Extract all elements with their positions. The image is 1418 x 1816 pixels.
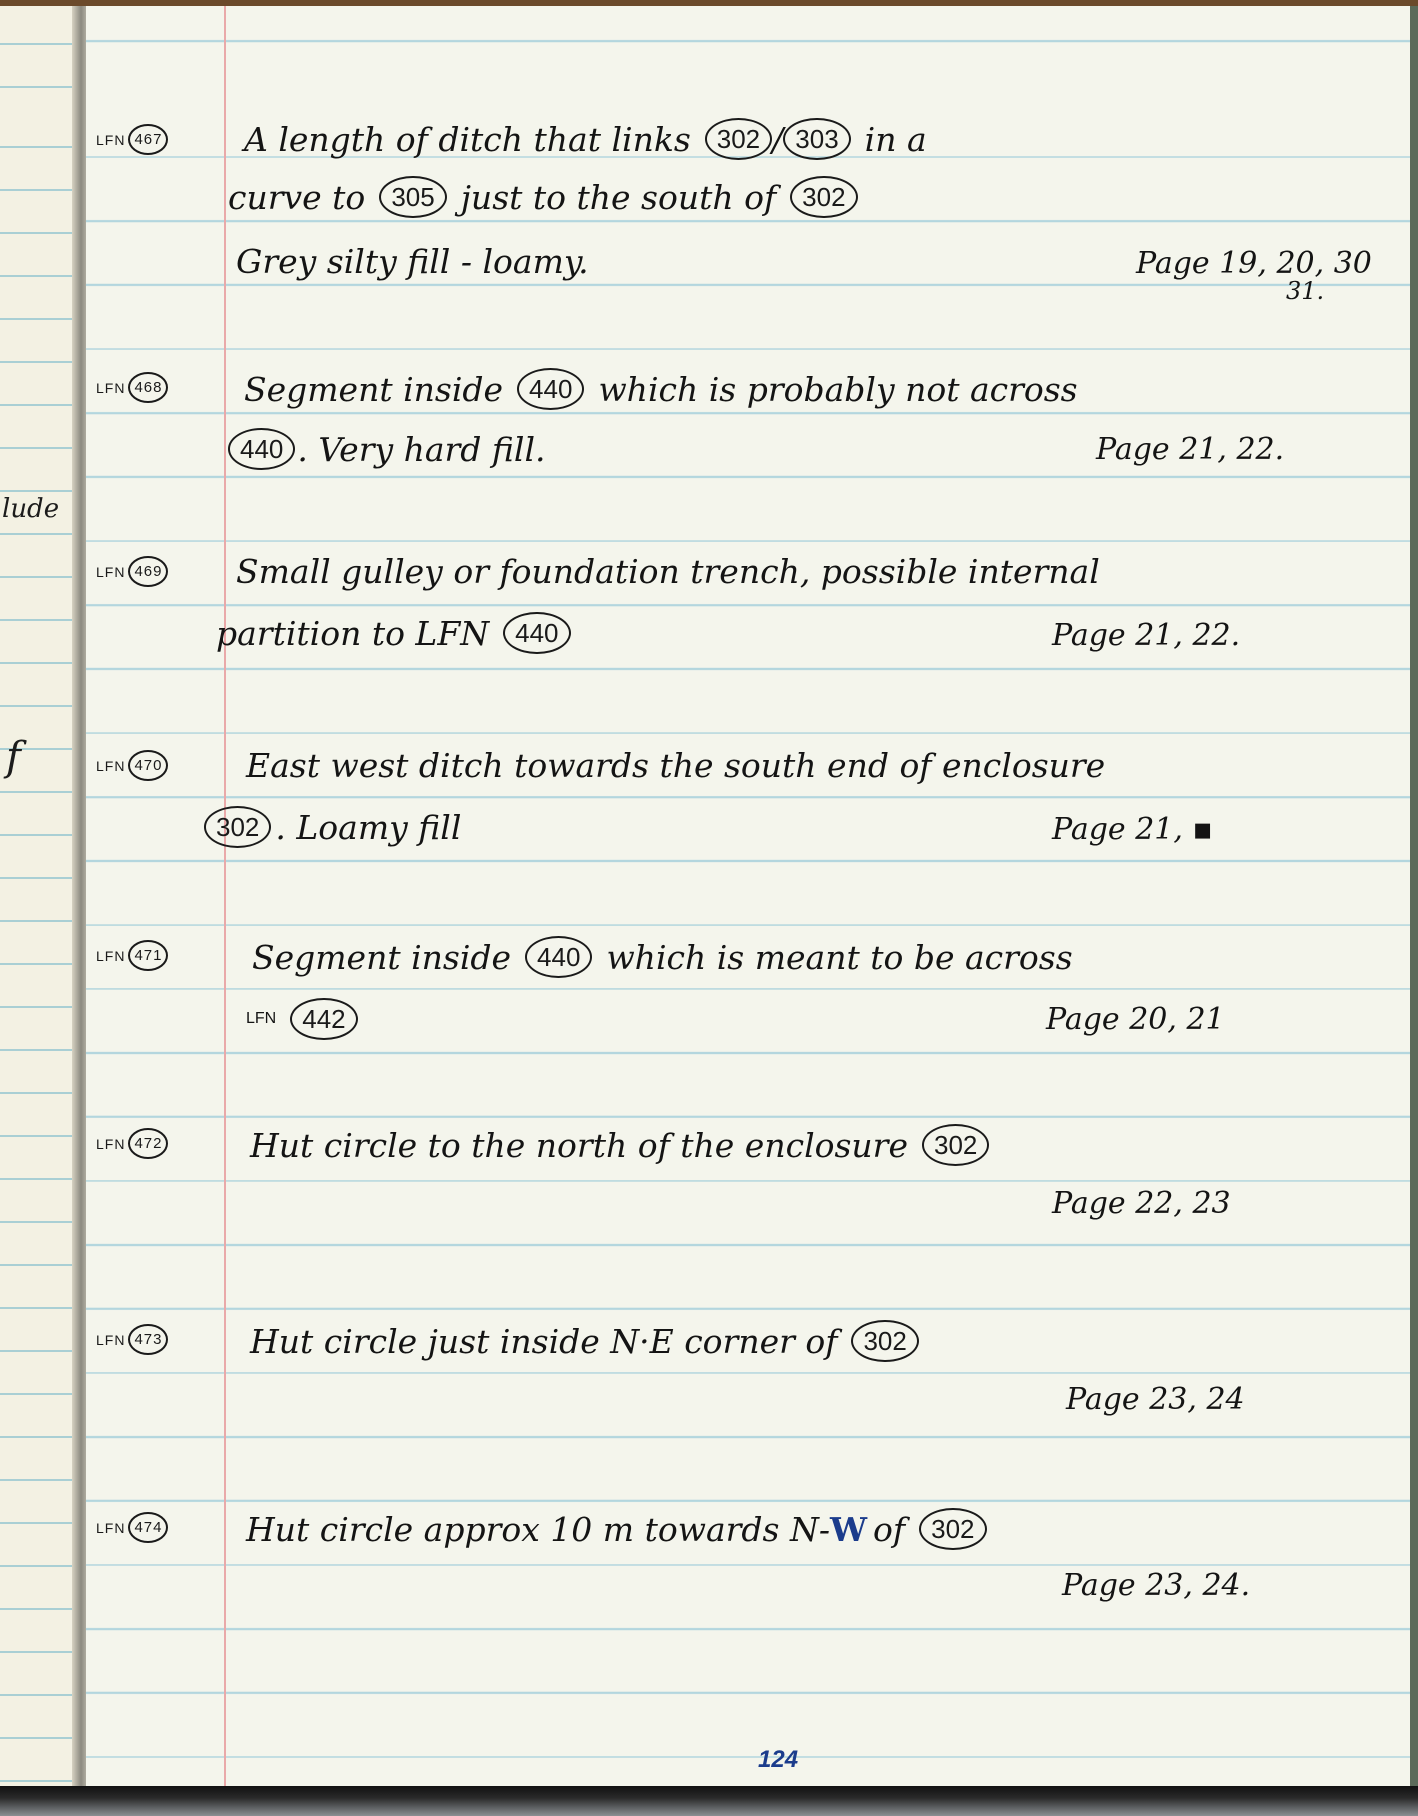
context-number-circled: 467 — [128, 124, 168, 155]
notebook-right-edge — [1410, 6, 1418, 1786]
text: Segment inside — [244, 370, 503, 409]
page-reference: Page 23, 24 — [1066, 1382, 1245, 1417]
lfn-prefix: LFN — [96, 380, 125, 396]
lfn-label: LFN 474 — [96, 1512, 168, 1543]
entry-text-line: curve to 305 just to the south of 302 — [228, 176, 858, 218]
lfn-prefix: LFN — [96, 948, 125, 964]
lfn-prefix: LFN — [96, 132, 125, 148]
page-reference: Page 21, 22. — [1052, 618, 1240, 653]
lfn-label: LFN 469 — [96, 556, 168, 587]
context-ref-circled: 302 — [919, 1508, 986, 1550]
text: just to the south of — [461, 178, 776, 217]
entry-text-line: Hut circle to the north of the enclosure… — [250, 1124, 989, 1166]
lfn-prefix: LFN — [96, 1136, 125, 1152]
page-reference: Page 20, 21 — [1046, 1002, 1225, 1037]
context-ref-circled: 302 — [204, 806, 271, 848]
text: which is probably not across — [598, 370, 1077, 409]
entry-text-line: 440 . Very hard fill. — [228, 428, 546, 470]
context-number-circled: 471 — [128, 940, 168, 971]
text: Segment inside — [252, 938, 511, 977]
page-reference-text: Page 21, ▪ — [1052, 812, 1213, 847]
context-ref-circled: 302 — [922, 1124, 989, 1166]
lfn-label: LFN 473 — [96, 1324, 168, 1355]
text: in a — [865, 120, 927, 159]
lfn-label: LFN 471 — [96, 940, 168, 971]
page-reference-text: Page 23, 24 — [1066, 1382, 1245, 1417]
page-reference-text: Page 22, 23 — [1052, 1186, 1231, 1221]
page-reference-text: Page 19, 20, 30 — [1136, 246, 1372, 281]
entry-text-line: Segment inside 440 which is probably not… — [244, 368, 1078, 410]
entry-text-line: Hut circle just inside N·E corner of 302 — [250, 1320, 919, 1362]
lfn-label: LFN 468 — [96, 372, 168, 403]
notebook-page: LFN 467 A length of ditch that links 302… — [86, 6, 1412, 1786]
context-ref-circled: 302 — [851, 1320, 918, 1362]
text: Hut circle just inside N·E corner of — [250, 1322, 837, 1361]
lfn-prefix: LFN — [96, 1520, 125, 1536]
text: of — [873, 1510, 905, 1549]
context-number-circled: 470 — [128, 750, 168, 781]
context-ref-circled: 302 — [790, 176, 857, 218]
context-ref-circled: 440 — [517, 368, 584, 410]
entry-text-line: Small gulley or foundation trench, possi… — [236, 552, 1100, 591]
text: A length of ditch that links — [244, 120, 691, 159]
page-reference-text: Page 20, 21 — [1046, 1002, 1225, 1037]
page-reference-continued: 31. — [1136, 277, 1372, 305]
entry-text-line: Hut circle approx 10 m towards N- W of 3… — [246, 1508, 987, 1550]
context-ref-circled: 440 — [228, 428, 295, 470]
left-page-fragment: f — [6, 734, 21, 780]
entry-text-line: Grey silty fill - loamy. — [236, 242, 589, 281]
text: Small gulley or foundation trench, possi… — [236, 552, 1100, 591]
lfn-label: LFN 470 — [96, 750, 168, 781]
context-number-circled: 468 — [128, 372, 168, 403]
text: partition to LFN — [216, 614, 489, 653]
page-reference-text: Page 21, 22. — [1096, 432, 1284, 467]
lfn-prefix: LFN — [96, 564, 125, 580]
entry-text-line: Segment inside 440 which is meant to be … — [252, 936, 1073, 978]
entry-text-line: LFN 442 — [246, 998, 358, 1040]
context-number-circled: 469 — [128, 556, 168, 587]
context-ref-circled: 440 — [503, 612, 570, 654]
context-number-circled: 474 — [128, 1512, 168, 1543]
lfn-prefix: LFN — [96, 758, 125, 774]
text: Hut circle approx 10 m towards N- — [246, 1510, 830, 1549]
entry-text-line: A length of ditch that links 302 / 303 i… — [244, 118, 927, 160]
text: / — [772, 120, 783, 159]
context-ref-circled: 305 — [379, 176, 446, 218]
context-ref-circled: 440 — [525, 936, 592, 978]
page-reference: Page 21, 22. — [1096, 432, 1284, 467]
text: . Very hard fill. — [297, 430, 545, 469]
text: which is meant to be across — [606, 938, 1072, 977]
page-reference: Page 22, 23 — [1052, 1186, 1231, 1221]
left-page-fragment: lude — [2, 494, 59, 524]
page-reference: Page 19, 20, 30 31. — [1136, 246, 1372, 305]
context-ref-circled: 302 — [705, 118, 772, 160]
margin-rule — [224, 6, 226, 1786]
text: LFN — [246, 1010, 276, 1028]
page-reference: Page 23, 24. — [1062, 1568, 1250, 1603]
page-reference-text: Page 21, 22. — [1052, 618, 1240, 653]
context-number-circled: 473 — [128, 1324, 168, 1355]
lfn-label: LFN 472 — [96, 1128, 168, 1159]
text: Hut circle to the north of the enclosure — [250, 1126, 908, 1165]
correction-blue-ink: W — [830, 1510, 867, 1549]
entry-text-line: partition to LFN 440 — [216, 612, 571, 654]
context-ref-circled: 442 — [290, 998, 357, 1040]
text: curve to — [228, 178, 365, 217]
context-ref-circled: 303 — [783, 118, 850, 160]
page-reference-text: Page 23, 24. — [1062, 1568, 1250, 1603]
page-number: 124 — [758, 1746, 798, 1774]
text: East west ditch towards the south end of… — [246, 746, 1105, 785]
entry-text-line: 302 . Loamy fill — [204, 806, 461, 848]
context-number-circled: 472 — [128, 1128, 168, 1159]
lfn-prefix: LFN — [96, 1332, 125, 1348]
text: Grey silty fill - loamy. — [236, 242, 589, 281]
notebook-bottom-shadow — [0, 1786, 1418, 1816]
lfn-label: LFN 467 — [96, 124, 168, 155]
text: . Loamy fill — [275, 808, 461, 847]
page-reference: Page 21, ▪ — [1052, 812, 1213, 847]
entry-text-line: East west ditch towards the south end of… — [246, 746, 1105, 785]
